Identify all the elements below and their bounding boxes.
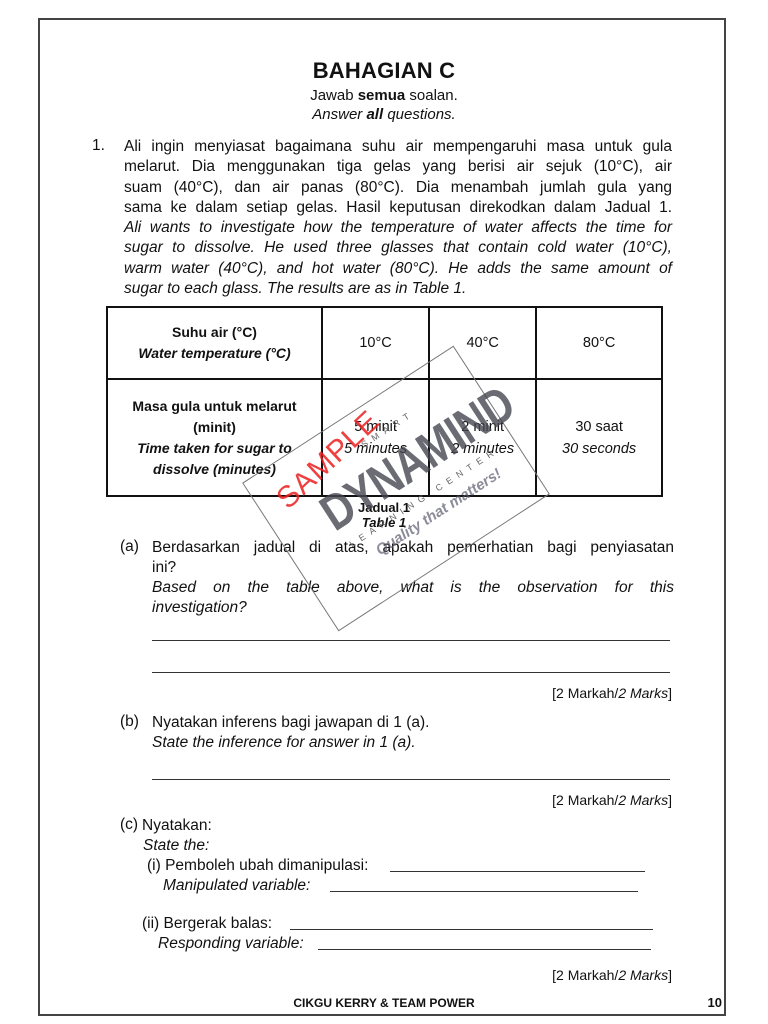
question-line-ms: melarut. Dia menggunakan tiga gelas yang…	[124, 157, 672, 177]
header-ms: (minit)	[108, 417, 321, 438]
answer-line-b[interactable]	[152, 779, 670, 780]
part-a-en: investigation?	[152, 598, 674, 618]
instruction-ms-post: soalan.	[405, 87, 458, 104]
value-ms: 5 minit	[323, 416, 428, 438]
part-c-ii-en-label: Responding variable:	[158, 935, 304, 952]
value-en: 30 seconds	[537, 438, 661, 460]
instruction-ms: Jawab semua soalan.	[0, 87, 768, 104]
part-c-ii-ms: (ii) Bergerak balas:	[142, 914, 272, 934]
table-cell: 5 minit 5 minutes	[322, 379, 429, 496]
marks-text: [2 Markah/	[552, 967, 618, 983]
part-c-i-en: Manipulated variable:	[163, 876, 310, 896]
results-table: Suhu air (°C) Water temperature (°C) 10°…	[106, 306, 663, 497]
part-b-en: State the inference for answer in 1 (a).	[152, 733, 674, 753]
part-c-en: State the:	[143, 836, 209, 856]
question-line-en: Ali wants to investigate how the tempera…	[124, 218, 672, 238]
question-line-en: sugar to dissolve. He used three glasses…	[124, 238, 672, 258]
value-ms: 30 saat	[537, 416, 661, 438]
instruction-en-pre: Answer	[312, 106, 366, 123]
header-ms: Suhu air (°C)	[108, 322, 321, 343]
instruction-en-post: questions.	[383, 106, 456, 123]
question-line-en: warm water (40°C), and hot water (80°C).…	[124, 259, 672, 279]
header-en: dissolve (minutes)	[108, 459, 321, 480]
instruction-ms-pre: Jawab	[310, 87, 358, 104]
part-c-i-ms-label: (i) Pemboleh ubah dimanipulasi:	[147, 857, 368, 874]
part-a-text: Berdasarkan jadual di atas, apakah pemer…	[152, 538, 674, 618]
part-a-ms: Berdasarkan jadual di atas, apakah pemer…	[152, 538, 674, 558]
part-c-ii-en: Responding variable:	[158, 934, 304, 954]
question-line-ms: Ali ingin menyiasat bagaimana suhu air m…	[124, 137, 672, 157]
question-line-ms: sama ke dalam setiap gelas. Hasil keputu…	[124, 198, 672, 218]
caption-ms: Jadual 1	[0, 500, 768, 515]
table-cell: 10°C	[322, 307, 429, 379]
marks-text: 2 Marks	[618, 967, 668, 983]
part-c-ms: Nyatakan:	[142, 816, 212, 836]
part-a-ms: ini?	[152, 558, 674, 578]
footer-text: CIKGU KERRY & TEAM POWER	[0, 996, 768, 1010]
marks-text: 2 Marks	[618, 685, 668, 701]
marks-text: [2 Markah/	[552, 685, 618, 701]
header-ms: Masa gula untuk melarut	[108, 396, 321, 417]
marks-a: [2 Markah/2 Marks]	[552, 685, 672, 701]
marks-text: ]	[668, 792, 672, 808]
part-c-ii-ms-label: (ii) Bergerak balas:	[142, 915, 272, 932]
question-line-en: sugar to each glass. The results are as …	[124, 279, 672, 299]
answer-line-c-ii-ms[interactable]	[290, 929, 653, 930]
marks-text: [2 Markah/	[552, 792, 618, 808]
answer-line-a2[interactable]	[152, 672, 670, 673]
table-header-cell: Masa gula untuk melarut (minit) Time tak…	[107, 379, 322, 496]
caption-en: Table 1	[0, 515, 768, 530]
marks-c: [2 Markah/2 Marks]	[552, 967, 672, 983]
answer-line-a1[interactable]	[152, 640, 670, 641]
value-en: 2 minutes	[430, 438, 535, 460]
part-b-text: Nyatakan inferens bagi jawapan di 1 (a).…	[152, 713, 674, 753]
page-number: 10	[708, 995, 722, 1010]
marks-text: ]	[668, 967, 672, 983]
answer-line-c-ii-en[interactable]	[318, 949, 651, 950]
header-en: Time taken for sugar to	[108, 438, 321, 459]
part-b-ms: Nyatakan inferens bagi jawapan di 1 (a).	[152, 713, 674, 733]
table-cell: 2 minit 2 minutes	[429, 379, 536, 496]
table-cell: 80°C	[536, 307, 662, 379]
answer-line-c-i-ms[interactable]	[390, 871, 645, 872]
part-c-i-en-label: Manipulated variable:	[163, 877, 310, 894]
answer-line-c-i-en[interactable]	[330, 891, 638, 892]
table-caption: Jadual 1 Table 1	[0, 500, 768, 530]
question-text: Ali ingin menyiasat bagaimana suhu air m…	[124, 137, 672, 299]
instruction-en-bold: all	[366, 106, 383, 123]
section-title: BAHAGIAN C	[0, 58, 768, 84]
marks-text: ]	[668, 685, 672, 701]
table-row: Masa gula untuk melarut (minit) Time tak…	[107, 379, 662, 496]
marks-text: 2 Marks	[618, 792, 668, 808]
part-a-en: Based on the table above, what is the ob…	[152, 578, 674, 598]
table-row: Suhu air (°C) Water temperature (°C) 10°…	[107, 307, 662, 379]
value-ms: 2 minit	[430, 416, 535, 438]
table-header-cell: Suhu air (°C) Water temperature (°C)	[107, 307, 322, 379]
part-b-label: (b)	[120, 713, 139, 731]
part-c-label: (c)	[120, 816, 138, 834]
instruction-en: Answer all questions.	[0, 106, 768, 123]
marks-b: [2 Markah/2 Marks]	[552, 792, 672, 808]
part-c-i-ms: (i) Pemboleh ubah dimanipulasi:	[147, 856, 368, 876]
table-cell: 40°C	[429, 307, 536, 379]
question-line-ms: suam (40°C), dan air panas (80°C). Dia m…	[124, 178, 672, 198]
part-a-label: (a)	[120, 538, 139, 556]
table-cell: 30 saat 30 seconds	[536, 379, 662, 496]
header-en: Water temperature (°C)	[108, 343, 321, 364]
value-en: 5 minutes	[323, 438, 428, 460]
instruction-ms-bold: semua	[358, 87, 406, 104]
question-number: 1.	[92, 137, 105, 155]
